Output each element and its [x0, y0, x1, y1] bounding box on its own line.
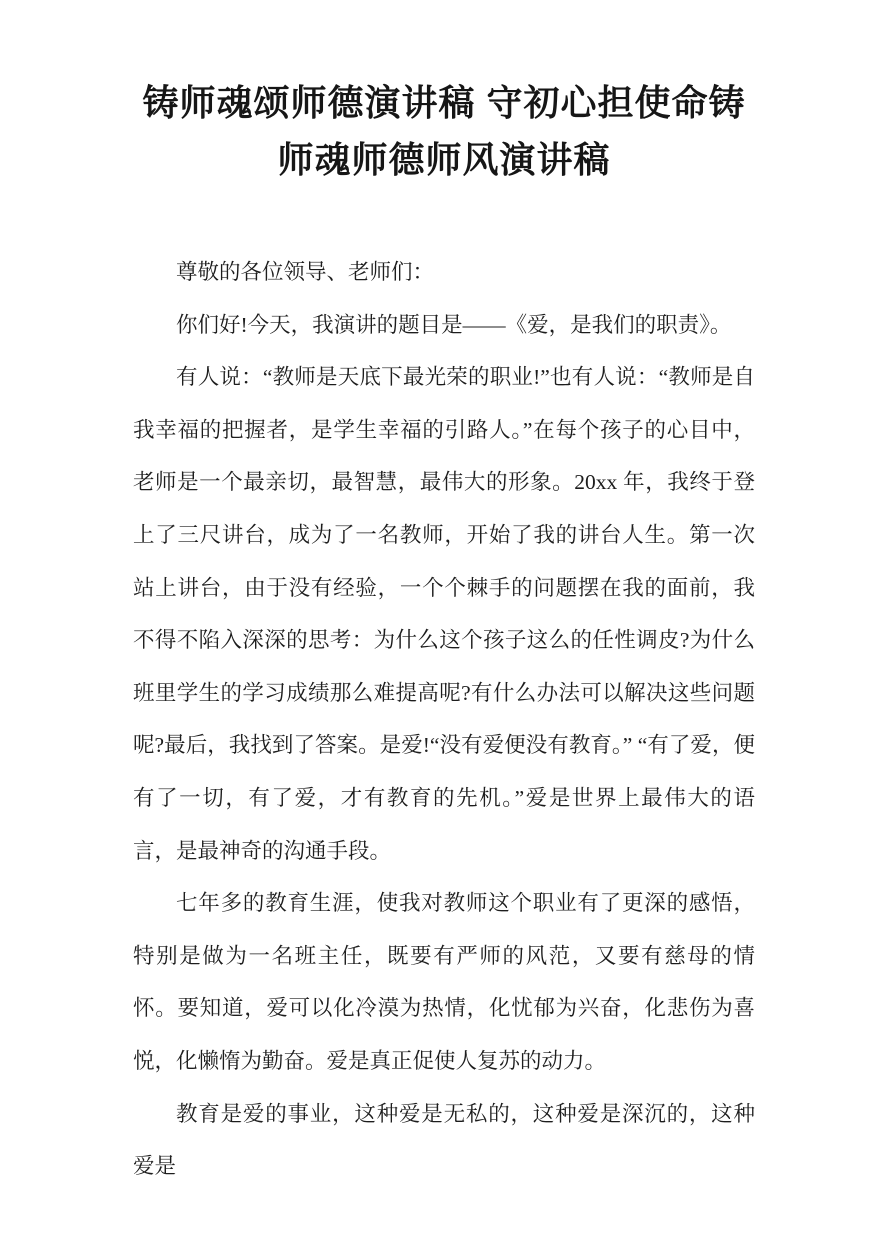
document-title: 铸师魂颂师德演讲稿 守初心担使命铸师魂师德师风演讲稿 [133, 74, 755, 188]
paragraph-salutation: 尊敬的各位领导、老师们： [133, 246, 755, 299]
paragraph-body-1: 有人说：“教师是天底下最光荣的职业!”也有人说：“教师是自我幸福的把握者，是学生… [133, 351, 755, 877]
paragraph-greeting: 你们好!今天，我演讲的题目是——《爱，是我们的职责》。 [133, 299, 755, 352]
document-page: 铸师魂颂师德演讲稿 守初心担使命铸师魂师德师风演讲稿 尊敬的各位领导、老师们： … [0, 0, 884, 1250]
document-body: 尊敬的各位领导、老师们： 你们好!今天，我演讲的题目是——《爱，是我们的职责》。… [133, 246, 755, 1193]
paragraph-body-3: 教育是爱的事业，这种爱是无私的，这种爱是深沉的，这种爱是 [133, 1088, 755, 1193]
paragraph-body-2: 七年多的教育生涯，使我对教师这个职业有了更深的感悟，特别是做为一名班主任，既要有… [133, 877, 755, 1087]
